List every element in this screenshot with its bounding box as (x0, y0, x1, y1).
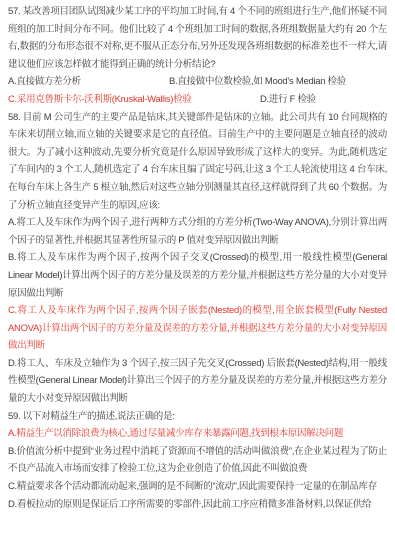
question-58-option-a: A.将工人及车床作为两个因子,进行两种方式分组的方差分析(Two-Way ANO… (8, 214, 387, 249)
question-57: 57. 某改善项目团队试图减少某工序的平均加工时间,有 4 个不同的班组进行生产… (8, 3, 387, 109)
exam-document-page: 57. 某改善项目团队试图减少某工序的平均加工时间,有 4 个不同的班组进行生产… (0, 0, 395, 540)
question-57-option-a: A.直接做方差分析 (8, 76, 81, 87)
question-59-option-c: C.精益要求各个活动都流动起来,强调的是不间断的“流动”,因此需要保持一定量的在… (8, 478, 387, 496)
question-59-stem: 59. 以下对精益生产的描述,说法正确的是: (8, 408, 387, 426)
question-57-options-row-2: C.采用克鲁斯卡尔-沃利斯(Kruskal-Wallis)检验 D.进行 F 检… (8, 91, 387, 109)
question-58: 58. 目前 M 公司生产的主要产品是钻床,其关键部件是钻床的立轴。此公司共有 … (8, 109, 387, 408)
question-58-option-c-highlighted: C.将工人及车床作为两个因子,按两个因子嵌套(Nested)的模型,用全嵌套模型… (8, 302, 387, 355)
question-57-option-b: B.直接做中位数检验,如 Mood’s Median 检验 (169, 73, 346, 91)
question-57-stem: 57. 某改善项目团队试图减少某工序的平均加工时间,有 4 个不同的班组进行生产… (8, 3, 387, 73)
question-58-option-b: B.将工人及车床作为两个因子,按两个因子交叉(Crossed)的模型,用一般线性… (8, 249, 387, 302)
question-59-option-b: B.价值流分析中提到“业务过程中消耗了资源而不增值的活动叫做浪费”,在企业某过程… (8, 443, 387, 478)
question-59: 59. 以下对精益生产的描述,说法正确的是: A.精益生产以消除浪费为核心,通过… (8, 408, 387, 514)
question-57-options-row-1: A.直接做方差分析 B.直接做中位数检验,如 Mood’s Median 检验 (8, 73, 387, 91)
question-58-option-d: D.将工人、车床及立轴作为 3 个因子,按三因子先交叉(Crossed) 后嵌套… (8, 355, 387, 408)
question-59-option-d: D.看板拉动的原则是保证后工序所需要的零部件,因此前工序应稍微多准备材料,以保证… (8, 496, 387, 514)
question-58-stem: 58. 目前 M 公司生产的主要产品是钻床,其关键部件是钻床的立轴。此公司共有 … (8, 109, 387, 215)
question-59-option-a-highlighted: A.精益生产以消除浪费为核心,通过尽量减少库存来暴露问题,找到根本原因解决问题 (8, 425, 387, 443)
question-57-option-d: D.进行 F 检验 (260, 91, 316, 109)
question-57-option-c-highlighted: C.采用克鲁斯卡尔-沃利斯(Kruskal-Wallis)检验 (8, 94, 192, 105)
